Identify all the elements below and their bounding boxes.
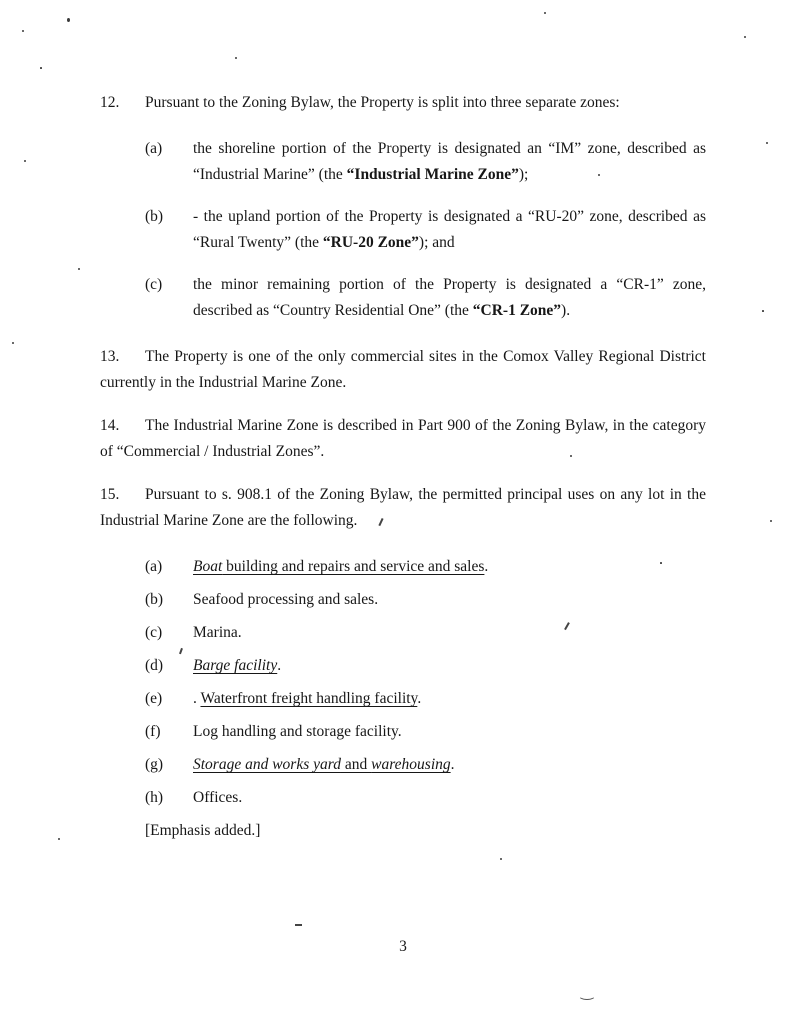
scan-speck	[67, 18, 70, 22]
paragraph-12-sublist: (a) the shoreline portion of the Propert…	[145, 136, 706, 324]
list-item-label: (a)	[145, 136, 193, 188]
scan-speck	[544, 12, 546, 14]
list-item: (a) the shoreline portion of the Propert…	[145, 136, 706, 188]
text-segment-bold: “RU-20 Zone”	[323, 234, 419, 251]
list-item: (f) Log handling and storage facility.	[145, 719, 706, 745]
list-item-label: (e)	[145, 686, 193, 712]
list-item-text: the shoreline portion of the Property is…	[193, 136, 706, 188]
scan-speck	[500, 858, 502, 860]
text-segment-italic-underline: Barge facility	[193, 657, 277, 674]
list-item: (b) - the upland portion of the Property…	[145, 204, 706, 256]
scan-dash-mark	[295, 924, 302, 926]
text-segment: .	[277, 657, 281, 674]
paragraph-13-text: The Property is one of the only commerci…	[100, 348, 706, 391]
text-segment-underline: Waterfront freight handling facility	[200, 690, 417, 707]
text-segment: ); and	[419, 234, 455, 251]
scan-speck	[24, 160, 26, 162]
text-segment: Marina.	[193, 624, 242, 641]
text-segment: .	[484, 558, 488, 575]
text-segment-underline: building and repairs and service and sal…	[222, 558, 484, 575]
paragraph-14-number: 14.	[100, 413, 145, 439]
list-item: (e) . Waterfront freight handling facili…	[145, 686, 706, 712]
scan-speck	[660, 562, 662, 564]
scan-speck	[762, 310, 764, 312]
list-item-text: Storage and works yard and warehousing.	[193, 752, 455, 778]
text-segment-bold: “CR-1 Zone”	[473, 302, 561, 319]
text-segment-italic-underline: warehousing	[371, 756, 451, 773]
paragraph-12-number: 12.	[100, 90, 145, 116]
list-item-label: (c)	[145, 272, 193, 324]
scan-speck	[235, 57, 237, 59]
text-segment-bold: “Industrial Marine Zone”	[347, 166, 519, 183]
scan-speck	[766, 142, 768, 144]
list-item: (c) Marina.	[145, 620, 706, 646]
paragraph-12: 12.Pursuant to the Zoning Bylaw, the Pro…	[100, 90, 706, 116]
list-item-text: Boat building and repairs and service an…	[193, 554, 488, 580]
list-item-label: (a)	[145, 554, 193, 580]
text-segment-italic-underline: Storage and works yard	[193, 756, 341, 773]
list-item-text: - the upland portion of the Property is …	[193, 204, 706, 256]
text-segment: Log handling and storage facility.	[193, 723, 402, 740]
scan-speck	[58, 838, 60, 840]
list-item-label: (c)	[145, 620, 193, 646]
list-item-label: (f)	[145, 719, 193, 745]
scan-speck	[22, 30, 24, 32]
text-segment: .	[417, 690, 421, 707]
list-item-label: (h)	[145, 785, 193, 811]
paragraph-15-text: Pursuant to s. 908.1 of the Zoning Bylaw…	[100, 486, 706, 529]
list-item: (a) Boat building and repairs and servic…	[145, 554, 706, 580]
permitted-uses-list: (a) Boat building and repairs and servic…	[145, 554, 706, 811]
list-item-text: Log handling and storage facility.	[193, 719, 402, 745]
text-segment-italic-underline: Boat	[193, 558, 222, 575]
emphasis-note: [Emphasis added.]	[145, 818, 706, 844]
scan-speck	[570, 455, 572, 457]
scan-speck	[744, 36, 746, 38]
list-item-text: Marina.	[193, 620, 242, 646]
list-item-text: Barge facility.	[193, 653, 281, 679]
paragraph-14-text: The Industrial Marine Zone is described …	[100, 417, 706, 460]
text-segment: Seafood processing and sales.	[193, 591, 378, 608]
text-segment: .	[451, 756, 455, 773]
paragraph-15-number: 15.	[100, 482, 145, 508]
scanned-document-page: 12.Pursuant to the Zoning Bylaw, the Pro…	[0, 0, 791, 1023]
scan-speck	[770, 520, 772, 522]
document-body: 12.Pursuant to the Zoning Bylaw, the Pro…	[100, 90, 706, 844]
text-segment: Offices.	[193, 789, 242, 806]
list-item-text: . Waterfront freight handling facility.	[193, 686, 421, 712]
list-item: (c) the minor remaining portion of the P…	[145, 272, 706, 324]
paragraph-14: 14.The Industrial Marine Zone is describ…	[100, 413, 706, 465]
paragraph-12-text: Pursuant to the Zoning Bylaw, the Proper…	[145, 94, 620, 111]
list-item: (g) Storage and works yard and warehousi…	[145, 752, 706, 778]
list-item: (b) Seafood processing and sales.	[145, 587, 706, 613]
list-item-label: (d)	[145, 653, 193, 679]
scan-speck	[598, 174, 600, 176]
scan-speck	[12, 342, 14, 344]
list-item-label: (g)	[145, 752, 193, 778]
text-segment: the minor remaining portion of the Prope…	[193, 276, 706, 319]
paragraph-13: 13.The Property is one of the only comme…	[100, 344, 706, 396]
paragraph-15: 15.Pursuant to s. 908.1 of the Zoning By…	[100, 482, 706, 534]
scan-speck	[78, 268, 80, 270]
text-segment: );	[519, 166, 528, 183]
scan-speck	[40, 67, 42, 69]
list-item: (h) Offices.	[145, 785, 706, 811]
list-item-label: (b)	[145, 587, 193, 613]
list-item-text: the minor remaining portion of the Prope…	[193, 272, 706, 324]
list-item-label: (b)	[145, 204, 193, 256]
text-segment-underline: and	[341, 756, 371, 773]
list-item-text: Seafood processing and sales.	[193, 587, 378, 613]
list-item: (d) Barge facility.	[145, 653, 706, 679]
page-number: 3	[100, 938, 706, 956]
paragraph-13-number: 13.	[100, 344, 145, 370]
list-item-text: Offices.	[193, 785, 242, 811]
text-segment: ).	[561, 302, 570, 319]
scan-curve-mark	[578, 990, 596, 1000]
